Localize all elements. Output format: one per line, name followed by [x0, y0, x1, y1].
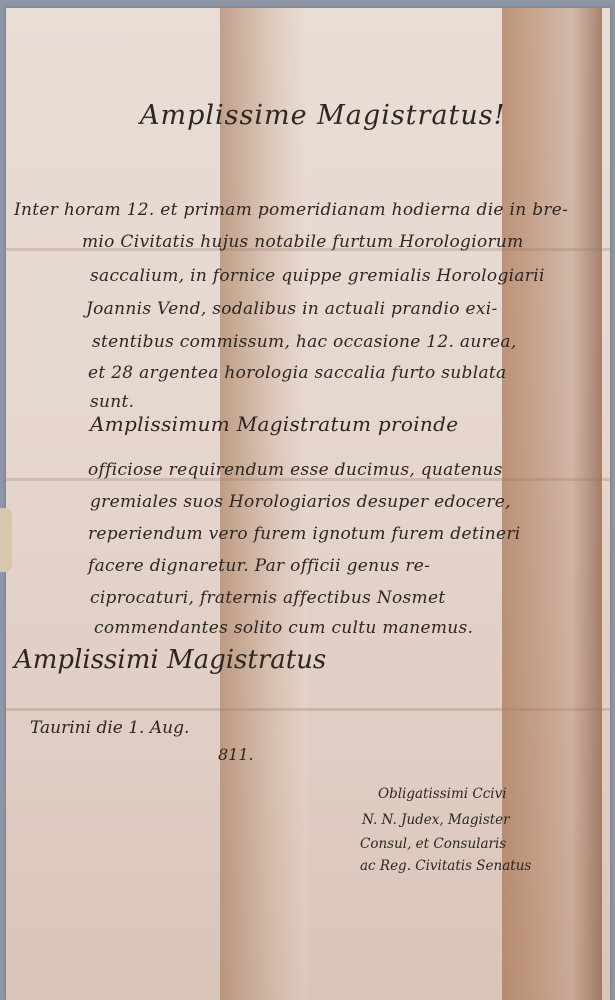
body-line: commendantes solito cum cultu manemus.: [94, 618, 473, 638]
signature-line: ac Reg. Civitatis Senatus: [360, 858, 531, 874]
body-line: mio Civitatis hujus notabile furtum Horo…: [82, 232, 524, 252]
body-line: saccalium, in fornice quippe gremialis H…: [90, 266, 545, 286]
body-line: sunt.: [90, 392, 134, 412]
body-line: stentibus commissum, hac occasione 12. a…: [92, 332, 517, 352]
body-line: reperiendum vero furem ignotum furem det…: [88, 524, 520, 544]
year: 811.: [218, 745, 254, 764]
date-line: Taurini die 1. Aug.: [30, 718, 189, 738]
fold-stain-right: [502, 8, 602, 1000]
signature-line: N. N. Judex, Magister: [362, 812, 510, 828]
body-line: gremiales suos Horologiarios desuper edo…: [90, 492, 511, 512]
paper-tab: [0, 508, 12, 572]
body-line: facere dignaretur. Par officii genus re-: [88, 556, 430, 576]
body-line: Joannis Vend, sodalibus in actuali prand…: [86, 299, 498, 319]
body-line: ciprocaturi, fraternis affectibus Nosmet: [90, 588, 445, 608]
body-line: officiose requirendum esse ducimus, quat…: [88, 460, 503, 480]
fold-crease: [6, 708, 610, 711]
signature-line: Consul, et Consularis: [360, 836, 506, 852]
signature-line: Obligatissimi Ccivi: [378, 786, 507, 802]
body-line: Amplissimum Magistratum proinde: [90, 412, 458, 436]
salutation: Amplissime Magistratus!: [140, 100, 505, 131]
closing: Amplissimi Magistratus: [14, 645, 326, 675]
body-line: et 28 argentea horologia saccalia furto …: [88, 363, 506, 383]
body-line: Inter horam 12. et primam pomeridianam h…: [14, 200, 568, 220]
